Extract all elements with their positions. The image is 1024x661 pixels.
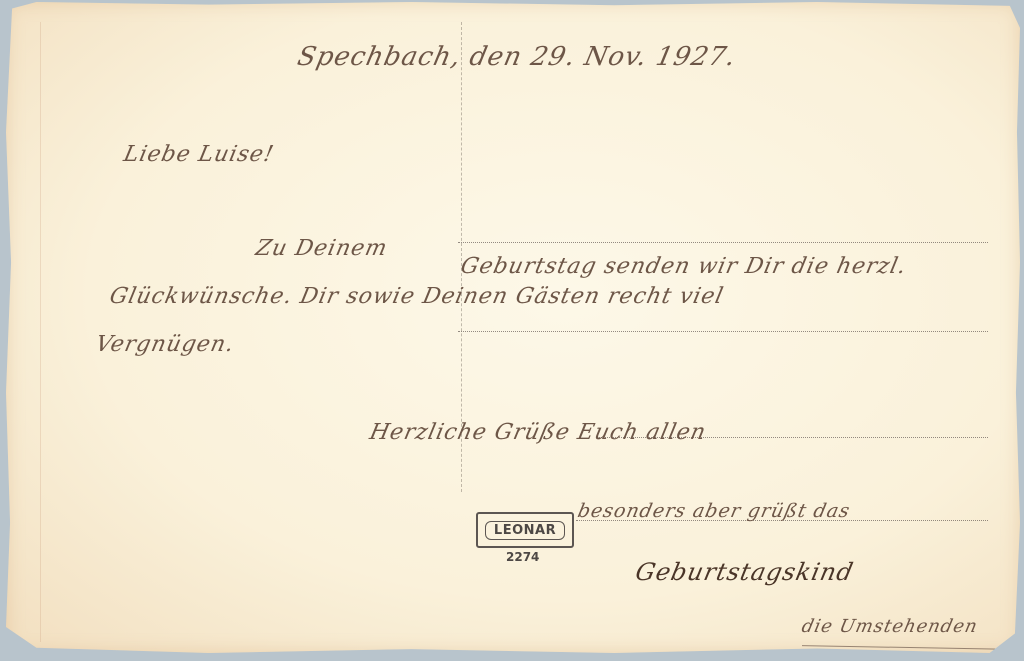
publisher-number: 2274 <box>506 550 539 564</box>
publisher-stamp: LEONAR <box>476 512 574 548</box>
place-date: Spechbach, den 29. Nov. 1927. <box>295 42 739 72</box>
body-line-4: Vergnügen. <box>93 332 236 357</box>
closing-line-3: Geburtstagskind <box>633 558 856 586</box>
closing-line-1: Herzliche Grüße Euch allen <box>367 420 708 445</box>
publisher-brand: LEONAR <box>485 521 565 540</box>
signature: die Umstehenden <box>800 616 980 637</box>
salutation: Liebe Luise! <box>121 142 276 167</box>
address-line-2 <box>458 331 988 332</box>
postcard-back: Spechbach, den 29. Nov. 1927. Liebe Luis… <box>6 2 1020 653</box>
margin-rule <box>40 22 41 642</box>
body-line-2: Geburtstag senden wir Dir die herzl. <box>458 254 909 279</box>
body-line-3: Glückwünsche. Dir sowie Deinen Gästen re… <box>107 284 726 309</box>
address-line-1 <box>458 242 988 243</box>
body-line-1: Zu Deinem <box>253 236 390 261</box>
signature-underline <box>802 645 1012 650</box>
closing-line-2: besonders aber grüßt das <box>576 500 853 522</box>
